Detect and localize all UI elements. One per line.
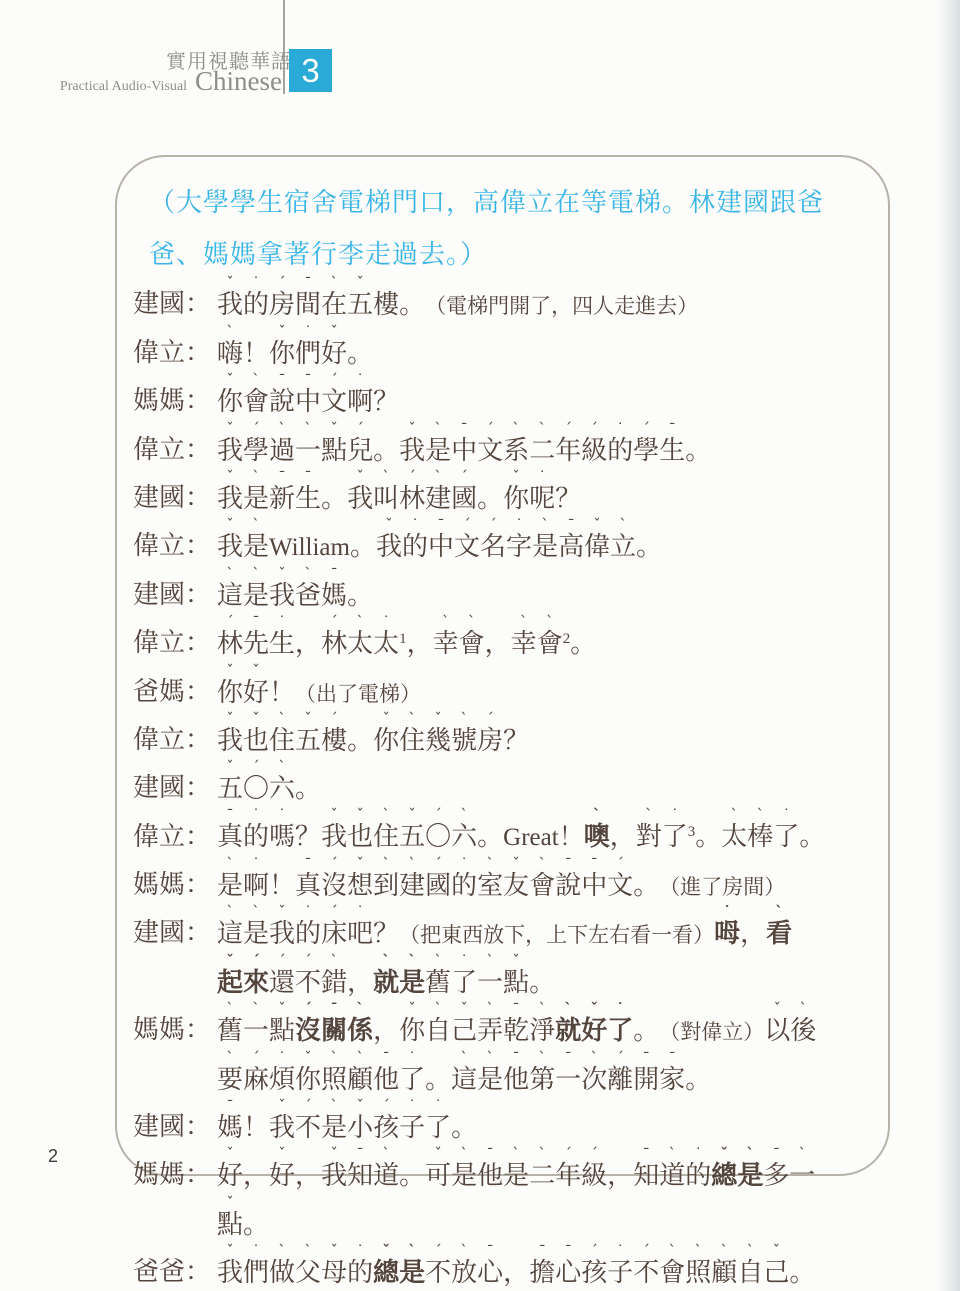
tone-mark: ˋ (468, 615, 476, 630)
tone-mark: ˇ (408, 422, 416, 437)
volume-badge: 3 (289, 49, 332, 92)
line-text: 起ˇ來ˊ還ˊ不ˊ錯ˋ，就ˋ是ˋ舊ˋ了˙一ˋ點ˇ。 (217, 967, 555, 998)
tone-mark: ˊ (278, 954, 286, 969)
dialogue-row: 建國：這ˋ是ˋ我ˇ的˙床ˊ吧˙？（把東西放下，上下左右看一看）呣˙，看ˋ (133, 906, 888, 954)
tone-mark: ˙ (783, 808, 791, 823)
dialogue-text: 點ˇ。 (217, 1210, 269, 1239)
tone-mark: ˇ (278, 1099, 286, 1114)
line-text: 要ˋ麻ˊ煩˙你ˇ照ˋ顧ˋ他ˉ了˙。這ˋ是ˋ他ˉ第ˋ一ˉ次ˋ離ˊ開ˉ家ˉ。 (217, 1065, 711, 1095)
tone-mark: ˇ (330, 1244, 338, 1259)
tone-mark: ˊ (304, 1099, 312, 1114)
line-text: 你ˇ好ˇ！（出了電梯） (217, 678, 421, 708)
tone-mark: ˋ (330, 1099, 338, 1114)
header-divider-line (283, 0, 285, 94)
tone-mark: ˋ (460, 712, 468, 727)
tone-mark: ˇ (385, 518, 393, 533)
dialogue-row: 爸媽：你ˇ好ˇ！（出了電梯） (133, 664, 888, 712)
speaker-label: 建國： (133, 283, 217, 320)
tone-mark: ˊ (590, 1147, 598, 1162)
tone-mark: ˇ (226, 518, 234, 533)
tone-mark: ˋ (408, 1244, 416, 1259)
tone-mark: ˋ (645, 808, 653, 823)
tone-mark: ˋ (512, 1147, 520, 1162)
tone-mark: ˋ (330, 954, 338, 969)
tone-mark: ˋ (486, 954, 494, 969)
tone-mark: ˙ (434, 1099, 442, 1114)
tone-mark: ˇ (330, 1147, 338, 1162)
stage-direction: （對偉立） (659, 1020, 764, 1044)
dialogue-row: 建國：媽ˉ！我ˇ不ˊ是ˋ小ˇ孩ˊ子˙了˙。 (133, 1100, 888, 1148)
tone-mark: ˇ (226, 954, 234, 969)
tone-mark: ˊ (616, 1051, 624, 1066)
tone-mark: ˋ (695, 1244, 703, 1259)
tone-mark: ˋ (434, 1002, 442, 1017)
tone-mark: ˙ (538, 470, 546, 485)
tone-mark: ˙ (616, 422, 624, 437)
tone-mark: ˋ (356, 1002, 364, 1017)
scene-intro-row: 爸、媽媽拿著行李走過去。） (149, 225, 888, 277)
dialogue-text: 。 (633, 1016, 659, 1045)
tone-mark: ˇ (356, 276, 364, 291)
line-text: 我ˇ的˙房ˊ間ˉ在ˋ五ˇ樓。（電梯門開了，四人走進去） (217, 290, 698, 320)
dialogue-row: 爸爸：我ˇ們˙做ˋ父ˋ母ˇ的˙總ˇ是ˋ不ˊ放ˋ心ˉ，擔ˉ心ˉ孩ˊ子˙不ˊ會ˋ照ˋ… (133, 1245, 888, 1291)
tone-mark: ˇ (774, 1002, 782, 1017)
dialogue-text: 你ˇ自ˋ己ˇ弄ˋ乾ˉ淨ˋ (399, 1016, 555, 1045)
tone-mark: ˋ (252, 905, 260, 920)
dialogue-row: 點ˇ。 (133, 1196, 888, 1244)
tone-mark: ˋ (382, 470, 390, 485)
speaker-label: 媽媽： (133, 1154, 217, 1191)
tone-mark: ˇ (226, 712, 234, 727)
tone-mark: ˋ (520, 615, 528, 630)
tone-mark: ˋ (252, 518, 260, 533)
tone-mark: ˙ (671, 808, 679, 823)
tone-mark: ˊ (304, 1002, 312, 1017)
tone-mark: ˋ (546, 615, 554, 630)
tone-mark: ˋ (382, 954, 390, 969)
tone-mark: ˋ (382, 1147, 390, 1162)
tone-mark: ˙ (382, 615, 390, 630)
tone-mark: ˋ (226, 1051, 234, 1066)
speaker-label: 偉立： (133, 816, 217, 853)
tone-mark: ˉ (564, 1051, 572, 1066)
tone-mark: ˊ (356, 422, 364, 437)
dialogue-text: 舊ˋ了˙一ˋ點ˇ。 (425, 968, 555, 997)
dialogue-row: 偉立：我ˇ是ˋWilliam。我ˇ的˙中ˉ文ˊ名ˊ字˙是ˋ高ˉ偉ˇ立ˋ。 (133, 519, 888, 567)
latin-text: William (269, 534, 350, 561)
tone-mark: ˇ (226, 373, 234, 388)
tone-mark: ˇ (408, 1002, 416, 1017)
tone-mark: ˋ (538, 422, 546, 437)
tone-mark: ˋ (252, 373, 260, 388)
speaker-label: 偉立： (133, 719, 217, 756)
tone-mark: ˉ (486, 1147, 494, 1162)
tone-mark: ˋ (541, 518, 549, 533)
tone-mark: ˋ (252, 1002, 260, 1017)
tone-mark: ˋ (226, 905, 234, 920)
tone-mark: ˋ (460, 1147, 468, 1162)
speaker-label: 建國： (133, 767, 217, 804)
tone-mark: ˋ (747, 1244, 755, 1259)
line-text: 真ˉ的˙嗎˙？我ˇ也ˇ住ˋ五ˇ〇ˊ六ˋ。Great！噢ˋ，對ˋ了˙3。太ˋ棒ˋ了… (217, 817, 825, 853)
tone-mark: ˙ (356, 905, 364, 920)
tone-mark: ˉ (643, 1051, 651, 1066)
speaker-label: 媽媽： (133, 1009, 217, 1046)
line-text: 你ˇ會ˋ說ˉ中ˉ文ˊ啊˙？ (217, 387, 399, 417)
tone-mark: ˋ (252, 567, 260, 582)
tone-mark: ˉ (304, 373, 312, 388)
tone-mark: ˙ (252, 857, 260, 872)
tone-mark: ˉ (669, 1051, 677, 1066)
tone-mark: ˋ (278, 712, 286, 727)
tone-mark: ˉ (564, 857, 572, 872)
tone-mark: ˙ (460, 857, 468, 872)
tone-mark: ˋ (460, 1051, 468, 1066)
tone-mark: ˋ (460, 1244, 468, 1259)
dialogue-text: 以ˇ後ˋ (764, 1016, 816, 1045)
line-text: 這ˋ是ˋ我ˇ的˙床ˊ吧˙？（把東西放下，上下左右看一看）呣˙，看ˋ (217, 918, 792, 949)
speaker-label: 偉立： (133, 622, 217, 659)
tone-mark: ˋ (721, 1244, 729, 1259)
tone-mark: ˇ (252, 664, 260, 679)
tone-mark: ˊ (434, 857, 442, 872)
dialogue-text: 我ˇ是ˋ中ˉ文ˊ系ˋ二ˋ年ˊ級ˊ的˙學ˊ生ˉ。 (399, 436, 711, 465)
tone-mark: ˋ (538, 1051, 546, 1066)
tone-mark: ˋ (434, 470, 442, 485)
line-text: 我ˇ學ˊ過ˋ一ˋ點ˇ兒ˊ。我ˇ是ˋ中ˉ文ˊ系ˋ二ˋ年ˊ級ˊ的˙學ˊ生ˉ。 (217, 436, 711, 466)
tone-mark: ˋ (800, 1002, 808, 1017)
stage-direction: （電梯門開了，四人走進去） (425, 294, 698, 318)
dialogue-text: 媽ˉ！我ˇ不ˊ是ˋ小ˇ孩ˊ子˙了˙。 (217, 1113, 477, 1142)
line-text: 嗨ˋ！你ˇ們˙好ˇ。 (217, 339, 373, 369)
dialogue-text: ， (740, 919, 766, 948)
tone-mark: ˋ (226, 567, 234, 582)
tone-mark: ˇ (460, 1002, 468, 1017)
tone-mark: ˙ (515, 518, 523, 533)
tone-mark: ˊ (226, 615, 234, 630)
tone-mark: ˋ (538, 857, 546, 872)
superscript-ref: 1 (399, 631, 407, 647)
tone-mark: ˋ (747, 1147, 755, 1162)
tone-mark: ˋ (512, 422, 520, 437)
tone-mark: ˇ (512, 954, 520, 969)
tone-mark: ˋ (278, 422, 286, 437)
tone-mark: ˋ (799, 1147, 807, 1162)
tone-mark: ˉ (330, 1002, 338, 1017)
tone-mark: ˇ (721, 1147, 729, 1162)
dialogue-text: 林ˊ先ˉ生˙，林ˊ太ˋ太˙ (217, 629, 399, 658)
dialogue-text: 我ˇ學ˊ過ˋ一ˋ點ˇ兒ˊ。 (217, 436, 399, 465)
tone-mark: ˊ (252, 760, 260, 775)
tone-mark: ˊ (434, 1244, 442, 1259)
dialogue-text: ，幸ˋ會ˋ，幸ˋ會ˋ (407, 629, 563, 658)
scene-intro-row: （大學學生宿舍電梯門口，高偉立在等電梯。林建國跟爸 (149, 173, 888, 225)
tone-mark: ˋ (538, 1002, 546, 1017)
tone-mark: ˉ (512, 1051, 520, 1066)
tone-mark: ˊ (408, 470, 416, 485)
logo-wordmark: Chinese (195, 66, 282, 96)
tone-mark: ˋ (304, 567, 312, 582)
tone-mark: ˊ (330, 373, 338, 388)
tone-mark: ˇ (330, 808, 338, 823)
speaker-label: 建國： (133, 574, 217, 611)
dialogue-row: 建國：我ˇ是ˋ新ˉ生ˉ。我ˇ叫ˋ林ˊ建ˋ國ˊ。你ˇ呢˙？ (133, 471, 888, 519)
dialogue-text: 這ˋ是ˋ我ˇ的˙床ˊ吧˙？ (217, 919, 399, 948)
tone-mark: ˊ (252, 422, 260, 437)
tone-mark: ˙ (411, 518, 419, 533)
page-edge-shadow (938, 0, 960, 1291)
tone-mark: ˙ (695, 1147, 703, 1162)
dialogue-text: 呣˙ (714, 918, 740, 948)
tone-mark: ˉ (486, 1244, 494, 1259)
dialogue-row: 起ˇ來ˊ還ˊ不ˊ錯ˋ，就ˋ是ˋ舊ˋ了˙一ˋ點ˇ。 (133, 954, 888, 1002)
tone-mark: ˇ (590, 1002, 598, 1017)
dialogue-text: 真ˉ的˙嗎˙？我ˇ也ˇ住ˋ五ˇ〇ˊ六ˋ。 (217, 822, 503, 851)
dialogue-row: 媽媽：好ˇ，好ˇ，我ˇ知ˉ道ˋ。可ˇ是ˋ他ˉ是ˋ二ˋ年ˊ級ˊ，知ˉ道ˋ的˙總ˇ是… (133, 1148, 888, 1196)
tone-mark: ˋ (330, 276, 338, 291)
tone-mark: ˋ (442, 615, 450, 630)
dialogue-text: 總ˇ是ˋ (711, 1160, 763, 1190)
dialogue-text: 嗨ˋ！你ˇ們˙好ˇ。 (217, 339, 373, 368)
tone-mark: ˙ (616, 1244, 624, 1259)
tone-mark: ˉ (330, 567, 338, 582)
tone-mark: ˉ (226, 1099, 234, 1114)
line-text: 我ˇ是ˋ新ˉ生ˉ。我ˇ叫ˋ林ˊ建ˋ國ˊ。你ˇ呢˙？ (217, 484, 581, 514)
tone-mark: ˊ (330, 615, 338, 630)
tone-mark: ˙ (304, 325, 312, 340)
tone-mark: ˉ (590, 857, 598, 872)
tone-mark: ˋ (731, 808, 739, 823)
speaker-label: 建國： (133, 912, 217, 949)
speaker-label: 爸爸： (133, 1251, 217, 1288)
tone-mark: ˋ (330, 1051, 338, 1066)
line-text: 是ˋ啊˙！真ˉ沒ˊ想ˇ到ˋ建ˋ國ˊ的˙室ˋ友ˇ會ˋ說ˉ中ˉ文ˊ。（進了房間） (217, 871, 785, 901)
dialogue-text: 噢ˋ (584, 821, 610, 851)
tone-mark: ˋ (590, 1051, 598, 1066)
tone-mark: ˋ (356, 1051, 364, 1066)
dialogue-text: 還ˊ不ˊ錯ˋ， (269, 968, 373, 997)
line-text: 我ˇ也ˇ住ˋ五ˇ樓ˊ。你ˇ住ˋ幾ˇ號ˋ房ˊ？ (217, 726, 529, 756)
line-text: 林ˊ先ˉ生˙，林ˊ太ˋ太˙1，幸ˋ會ˋ，幸ˋ會ˋ2。 (217, 629, 596, 659)
tone-mark: ˇ (382, 712, 390, 727)
tone-mark: ˇ (226, 470, 234, 485)
tone-mark: ˇ (512, 857, 520, 872)
dialogue-text: 。我ˇ的˙中ˉ文ˊ名ˊ字˙是ˋ高ˉ偉ˇ立ˋ。 (350, 532, 662, 561)
tone-mark: ˙ (278, 808, 286, 823)
tone-mark: ˇ (593, 518, 601, 533)
dialogue-text: 我ˇ是ˋ (217, 532, 269, 561)
tone-mark: ˋ (278, 1244, 286, 1259)
speaker-label: 媽媽： (133, 864, 217, 901)
dialogue-text: 我ˇ也ˇ住ˋ五ˇ樓ˊ。你ˇ住ˋ幾ˇ號ˋ房ˊ？ (217, 726, 529, 755)
tone-mark: ˋ (252, 470, 260, 485)
tone-mark: ˊ (616, 857, 624, 872)
dialogue-text: ， (373, 1016, 399, 1045)
tone-mark: ˋ (434, 422, 442, 437)
tone-mark: ˇ (356, 470, 364, 485)
tone-mark: ˇ (226, 1244, 234, 1259)
tone-mark: ˉ (304, 276, 312, 291)
tone-mark: ˉ (356, 1147, 364, 1162)
tone-mark: ˊ (330, 712, 338, 727)
tone-mark: ˋ (486, 857, 494, 872)
tone-mark: ˉ (567, 518, 575, 533)
tone-mark: ˉ (278, 470, 286, 485)
tone-mark: ˊ (460, 470, 468, 485)
tone-mark: ˊ (382, 1099, 390, 1114)
dialogue-text: 總ˇ是ˋ (373, 1257, 425, 1287)
dialogue-text: 。太ˋ棒ˋ了˙。 (695, 822, 825, 851)
dialogue-text: 沒ˊ關ˉ係ˋ (295, 1015, 373, 1045)
speaker-label: 偉立： (133, 332, 217, 369)
tone-mark: ˇ (356, 808, 364, 823)
dialogue-text: 你ˇ好ˇ！ (217, 678, 295, 707)
tone-mark: ˊ (434, 808, 442, 823)
tone-mark: ˋ (460, 808, 468, 823)
dialogue-text: 。 (570, 629, 596, 658)
tone-mark: ˊ (486, 712, 494, 727)
tone-mark: ˇ (434, 1147, 442, 1162)
tone-mark: ˊ (463, 518, 471, 533)
tone-mark: ˋ (757, 808, 765, 823)
tone-mark: ˙ (408, 1051, 416, 1066)
dialogue-text: 就ˋ好ˇ了˙ (555, 1015, 633, 1045)
tone-mark: ˋ (408, 954, 416, 969)
dialogue-text: 我ˇ的˙房ˊ間ˉ在ˋ五ˇ樓。 (217, 290, 425, 319)
tone-mark: ˙ (356, 373, 364, 388)
stage-direction: （把東西放下，上下左右看一看） (399, 923, 714, 947)
tone-mark: ˊ (643, 1244, 651, 1259)
speaker-label: 偉立： (133, 429, 217, 466)
dialogue-row: 建國：五ˇ〇ˊ六ˋ。 (133, 761, 888, 809)
tone-mark: ˋ (619, 518, 627, 533)
tone-mark: ˉ (669, 422, 677, 437)
dialogue-row: 媽媽：你ˇ會ˋ說ˉ中ˉ文ˊ啊˙？ (133, 374, 888, 422)
tone-mark: ˊ (486, 422, 494, 437)
dialogue-text: 起ˇ來ˊ (217, 967, 269, 997)
tone-mark: ˊ (330, 905, 338, 920)
tone-mark: ˋ (434, 954, 442, 969)
tone-mark: ˙ (616, 1002, 624, 1017)
tone-mark: ˋ (593, 808, 601, 823)
tone-mark: ˉ (643, 1147, 651, 1162)
tone-mark: ˋ (304, 1244, 312, 1259)
tone-mark: ˋ (775, 905, 783, 920)
tone-mark: ˇ (278, 325, 286, 340)
tone-mark: ˙ (252, 808, 260, 823)
page-number: 2 (48, 1146, 58, 1167)
tone-mark: ˊ (252, 954, 260, 969)
tone-mark: ˙ (460, 954, 468, 969)
tone-mark: ˇ (434, 712, 442, 727)
tone-mark: ˊ (489, 518, 497, 533)
line-text: 點ˇ。 (217, 1210, 269, 1240)
tone-mark: ˇ (226, 664, 234, 679)
dialogue-text: 好ˇ，好ˇ，我ˇ知ˉ道ˋ。可ˇ是ˋ他ˉ是ˋ二ˋ年ˊ級ˊ，知ˉ道ˋ的˙ (217, 1161, 711, 1190)
tone-mark: ˇ (330, 422, 338, 437)
tone-mark: ˇ (252, 712, 260, 727)
tone-mark: ˋ (278, 760, 286, 775)
dialogue-text: 我ˇ們˙做ˋ父ˋ母ˇ的˙ (217, 1258, 373, 1287)
tone-mark: ˙ (252, 276, 260, 291)
dialogue-text: 我ˇ是ˋ新ˉ生ˉ。我ˇ叫ˋ林ˊ建ˋ國ˊ。你ˇ呢˙？ (217, 484, 581, 513)
tone-mark: ˊ (564, 422, 572, 437)
dialogue-box: （大學學生宿舍電梯門口，高偉立在等電梯。林建國跟爸爸、媽媽拿著行李走過去。） 建… (115, 155, 890, 1176)
dialogue-row: 媽媽：舊ˋ一ˋ點ˇ沒ˊ關ˉ係ˋ，你ˇ自ˋ己ˇ弄ˋ乾ˉ淨ˋ就ˋ好ˇ了˙。（對偉立）… (133, 1003, 888, 1051)
stage-direction: （進了房間） (659, 875, 785, 899)
tone-mark: ˋ (669, 1147, 677, 1162)
dialogue-row: 媽媽：是ˋ啊˙！真ˉ沒ˊ想ˇ到ˋ建ˋ國ˊ的˙室ˋ友ˇ會ˋ說ˉ中ˉ文ˊ。（進了房間… (133, 858, 888, 906)
tone-mark: ˋ (486, 1002, 494, 1017)
tone-mark: ˋ (486, 1051, 494, 1066)
dialogue-text: 要ˋ麻ˊ煩˙你ˇ照ˋ顧ˋ他ˉ了˙。這ˋ是ˋ他ˉ第ˋ一ˉ次ˋ離ˊ開ˉ家ˉ。 (217, 1065, 711, 1094)
tone-mark: ˉ (437, 518, 445, 533)
dialogue-text: 是ˋ啊˙！真ˉ沒ˊ想ˇ到ˋ建ˋ國ˊ的˙室ˋ友ˇ會ˋ說ˉ中ˉ文ˊ。 (217, 871, 659, 900)
tone-mark: ˋ (356, 615, 364, 630)
tone-mark: ˇ (330, 325, 338, 340)
speaker-label: 媽媽： (133, 380, 217, 417)
tone-mark: ˇ (304, 712, 312, 727)
tone-mark: ˋ (226, 857, 234, 872)
tone-mark: ˊ (330, 857, 338, 872)
tone-mark: ˉ (773, 1147, 781, 1162)
tone-mark: ˇ (226, 1147, 234, 1162)
tone-mark: ˙ (304, 905, 312, 920)
tone-mark: ˊ (278, 276, 286, 291)
tone-mark: ˊ (590, 422, 598, 437)
dialogue-text: 多ˉ一ˋ (763, 1161, 815, 1190)
dialogue-row: 偉立：嗨ˋ！你ˇ們˙好ˇ。 (133, 325, 888, 373)
tone-mark: ˊ (590, 1244, 598, 1259)
dialogue-row: 偉立：我ˇ也ˇ住ˋ五ˇ樓ˊ。你ˇ住ˋ幾ˇ號ˋ房ˊ？ (133, 713, 888, 761)
tone-mark: ˊ (252, 1051, 260, 1066)
tone-mark: ˋ (304, 422, 312, 437)
tone-mark: ˙ (252, 1244, 260, 1259)
dialogue-text: 看ˋ (766, 918, 792, 948)
dialogue-text: 舊ˋ一ˋ點ˇ (217, 1016, 295, 1045)
dialogue-row: 偉立：我ˇ學ˊ過ˋ一ˋ點ˇ兒ˊ。我ˇ是ˋ中ˉ文ˊ系ˋ二ˋ年ˊ級ˊ的˙學ˊ生ˉ。 (133, 422, 888, 470)
dialogue-row: 偉立：真ˉ的˙嗎˙？我ˇ也ˇ住ˋ五ˇ〇ˊ六ˋ。Great！噢ˋ，對ˋ了˙3。太ˋ… (133, 809, 888, 857)
tone-mark: ˇ (382, 1244, 390, 1259)
tone-mark: ˇ (304, 1051, 312, 1066)
tone-mark: ˋ (226, 1002, 234, 1017)
dialogue-text: 不ˊ放ˋ心ˉ，擔ˉ心ˉ孩ˊ子˙不ˊ會ˋ照ˋ顧ˋ自ˋ己ˇ。 (425, 1258, 815, 1287)
tone-mark: ˉ (226, 808, 234, 823)
dialogue-text: 你ˇ會ˋ說ˉ中ˉ文ˊ啊˙？ (217, 387, 399, 416)
speaker-label: 爸媽： (133, 671, 217, 708)
tone-mark: ˋ (408, 712, 416, 727)
tone-mark: ˉ (564, 1244, 572, 1259)
scene-intro: （大學學生宿舍電梯門口，高偉立在等電梯。林建國跟爸爸、媽媽拿著行李走過去。） (133, 173, 888, 277)
latin-text: Great！ (503, 824, 584, 851)
tone-mark: ˇ (226, 276, 234, 291)
dialogue-row: 要ˋ麻ˊ煩˙你ˇ照ˋ顧ˋ他ˉ了˙。這ˋ是ˋ他ˉ第ˋ一ˉ次ˋ離ˊ開ˉ家ˉ。 (133, 1051, 888, 1099)
speaker-label: 偉立： (133, 525, 217, 562)
tone-mark: ˙ (278, 615, 286, 630)
line-text: 好ˇ，好ˇ，我ˇ知ˉ道ˋ。可ˇ是ˋ他ˉ是ˋ二ˋ年ˊ級ˊ，知ˉ道ˋ的˙總ˇ是ˋ多ˉ… (217, 1160, 815, 1191)
tone-mark: ˇ (278, 1002, 286, 1017)
line-text: 舊ˋ一ˋ點ˇ沒ˊ關ˉ係ˋ，你ˇ自ˋ己ˇ弄ˋ乾ˉ淨ˋ就ˋ好ˇ了˙。（對偉立）以ˇ後… (217, 1015, 816, 1046)
tone-mark: ˉ (278, 373, 286, 388)
line-text: 五ˇ〇ˊ六ˋ。 (217, 774, 321, 804)
tone-mark: ˊ (304, 954, 312, 969)
tone-mark: ˋ (669, 1244, 677, 1259)
tone-mark: ˙ (408, 1099, 416, 1114)
tone-mark: ˉ (538, 1244, 546, 1259)
line-text: 媽ˉ！我ˇ不ˊ是ˋ小ˇ孩ˊ子˙了˙。 (217, 1113, 477, 1143)
tone-mark: ˉ (252, 615, 260, 630)
dialogue-text: 就ˋ是ˋ (373, 967, 425, 997)
